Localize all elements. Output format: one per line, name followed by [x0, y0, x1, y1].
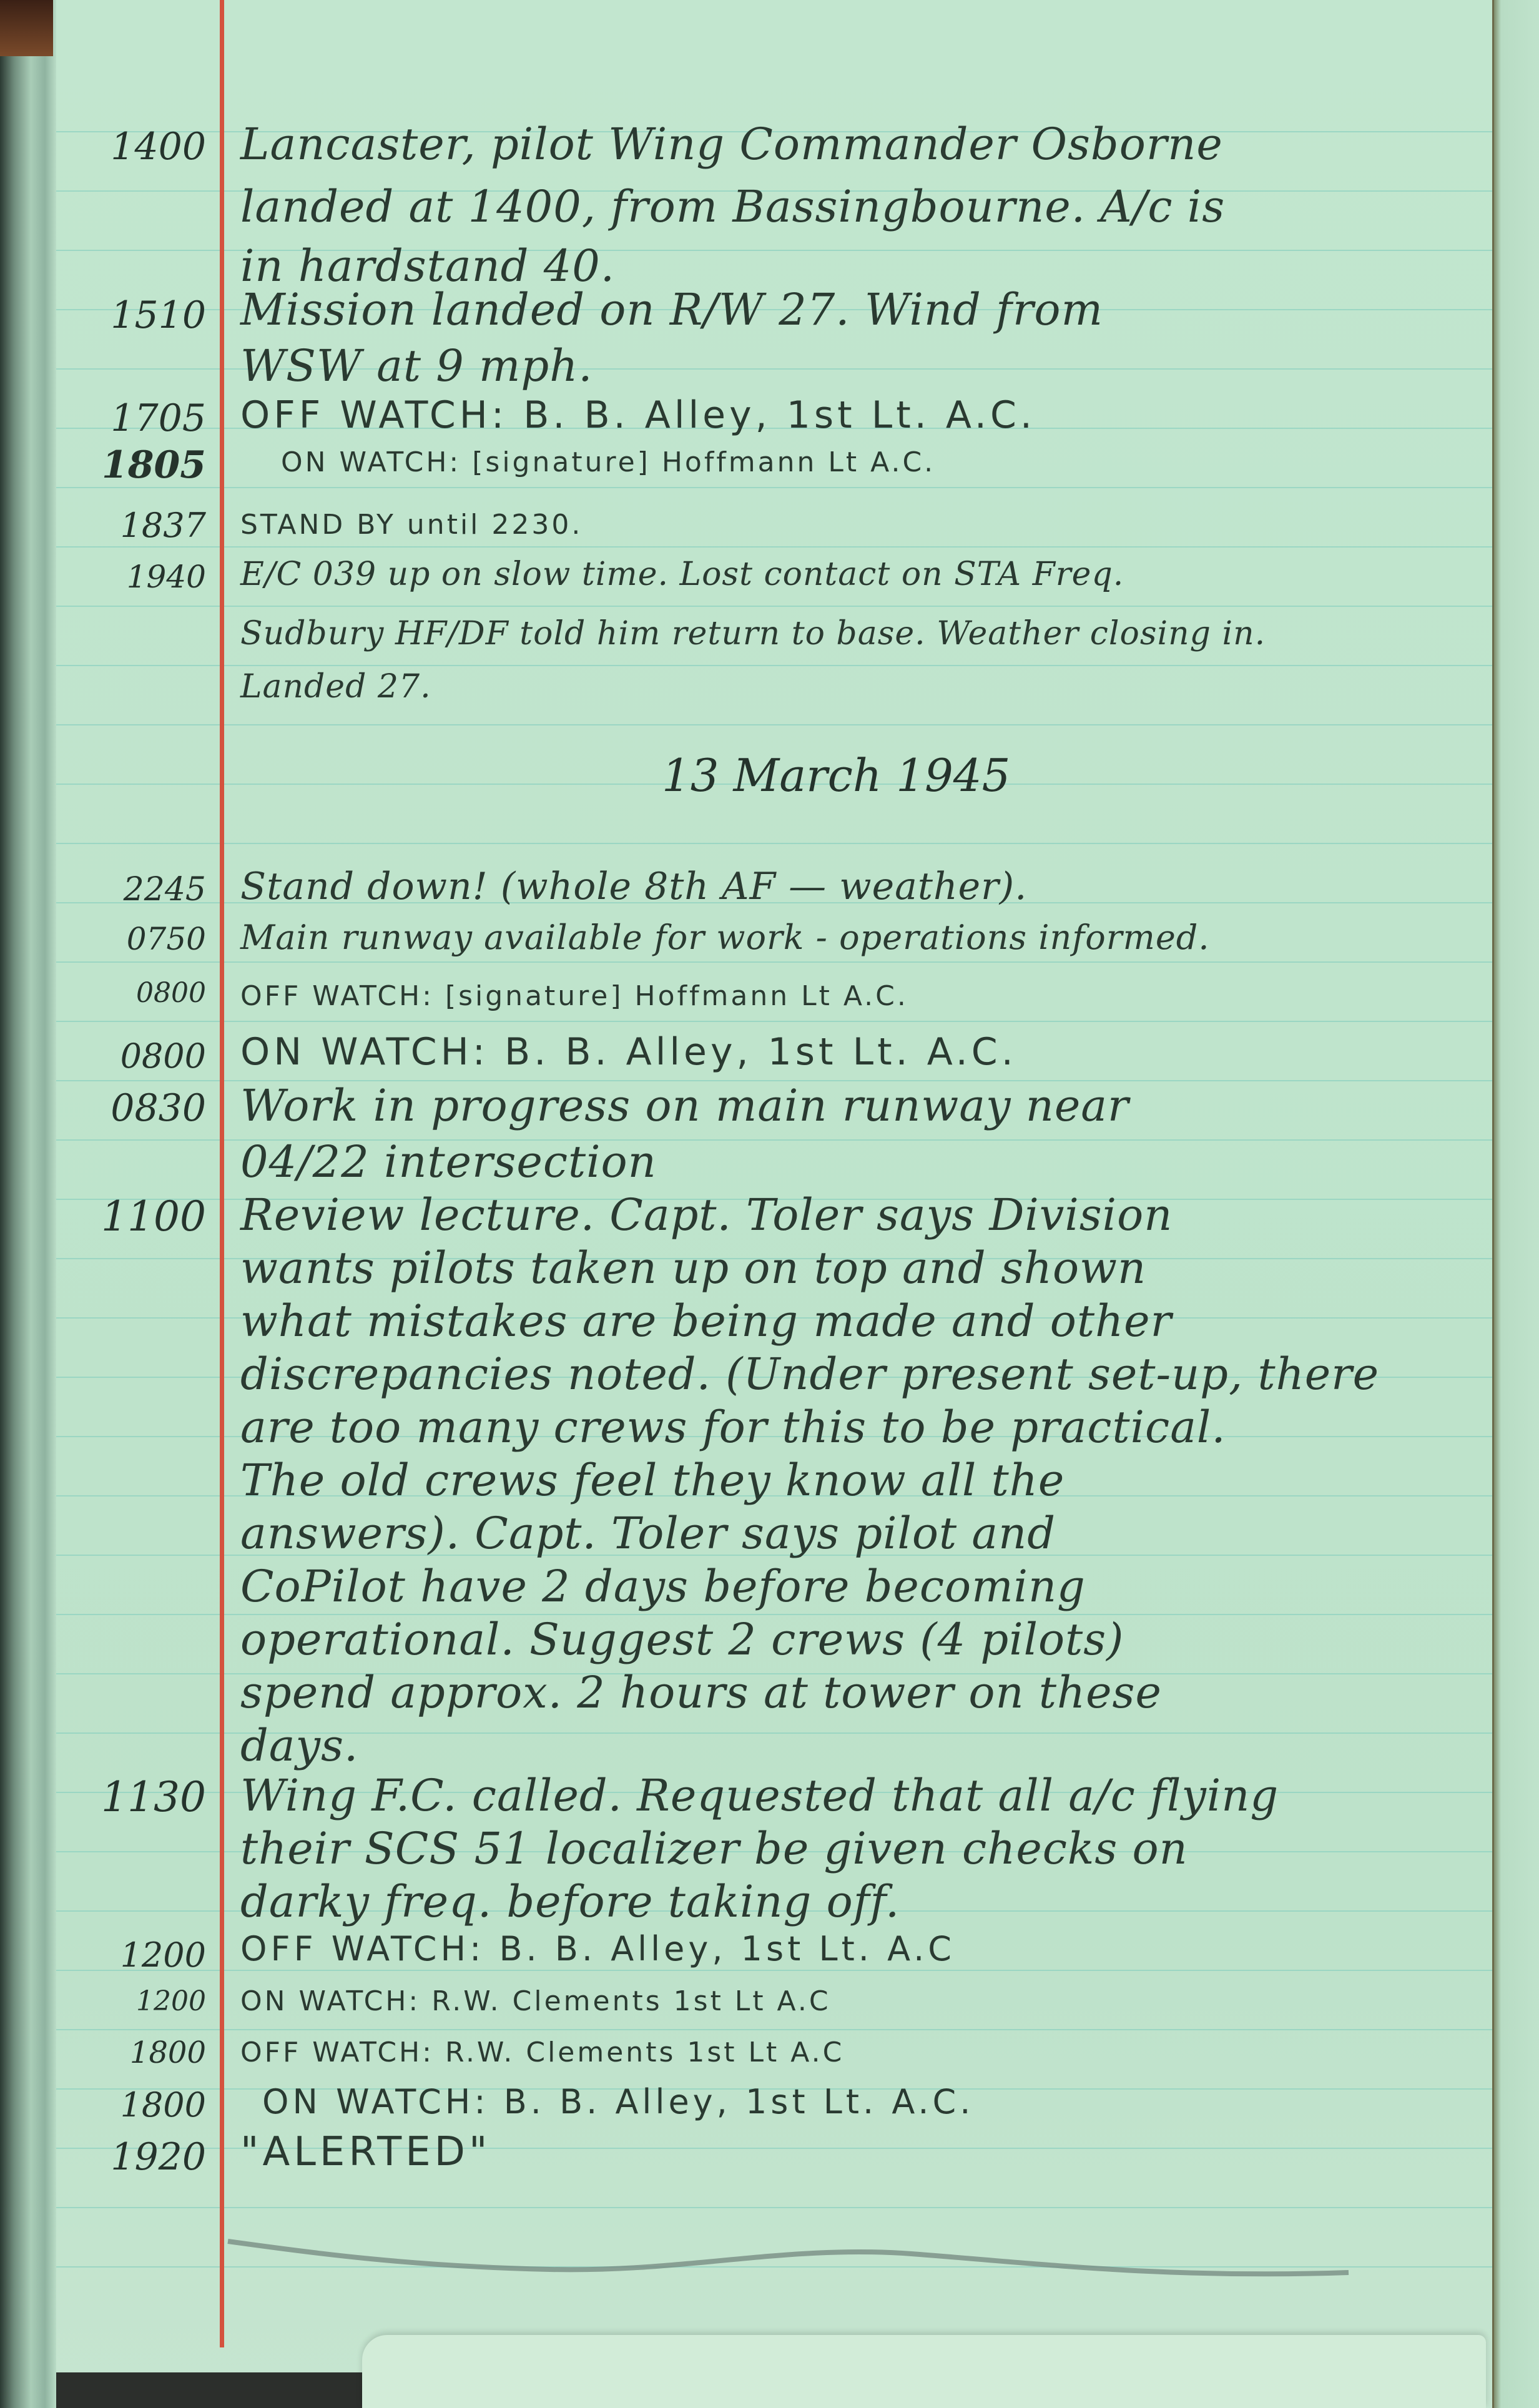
entry-time: 1837	[75, 506, 206, 545]
entry-text: WSW at 9 mph.	[240, 340, 1483, 391]
red-margin-line	[220, 0, 224, 2347]
entry-text: Wing F.C. called. Requested that all a/c…	[240, 1770, 1483, 1821]
paper-slip	[362, 2335, 1486, 2408]
entry-text: OFF WATCH: [signature] Hoffmann Lt A.C.	[240, 980, 1483, 1012]
entry-time: 2245	[75, 871, 206, 908]
entry-text: Landed 27.	[240, 668, 1483, 705]
entry-text: spend approx. 2 hours at tower on these	[240, 1667, 1483, 1718]
entry-text: Work in progress on main runway near	[240, 1080, 1483, 1131]
ruled-line	[56, 724, 1492, 725]
entry-text: Main runway available for work - operati…	[240, 918, 1483, 957]
ruled-line	[56, 843, 1492, 844]
entry-text: ON WATCH: R.W. Clements 1st Lt A.C	[240, 1985, 1483, 2017]
entry-time: 1200	[75, 1935, 206, 1975]
ruled-line	[56, 487, 1492, 488]
book-binding-edge	[0, 0, 56, 2408]
entry-text: are too many crews for this to be practi…	[240, 1402, 1483, 1453]
entry-time: 1200	[75, 1985, 206, 2017]
ruled-line	[56, 961, 1492, 963]
entry-text: darky freq. before taking off.	[240, 1876, 1483, 1927]
entry-time: 1800	[75, 2085, 206, 2125]
entry-time: 1400	[75, 125, 206, 169]
entry-text: wants pilots taken up on top and shown	[240, 1242, 1483, 1294]
entry-time: 0750	[75, 921, 206, 957]
entry-text: OFF WATCH: B. B. Alley, 1st Lt. A.C	[240, 1929, 1483, 1968]
entry-text: The old crews feel they know all the	[240, 1455, 1483, 1506]
entry-time: 1705	[75, 396, 206, 440]
entry-text: "ALERTED"	[240, 2129, 1483, 2175]
ruled-line	[56, 2207, 1492, 2208]
entry-time: 1130	[75, 1773, 206, 1821]
ruled-line	[56, 546, 1492, 548]
entry-text: ON WATCH: [signature] Hoffmann Lt A.C.	[281, 446, 1523, 478]
entry-text: ON WATCH: B. B. Alley, 1st Lt. A.C.	[262, 2082, 1505, 2121]
entry-text: Mission landed on R/W 27. Wind from	[240, 284, 1483, 335]
entry-text: answers). Capt. Toler says pilot and	[240, 1508, 1483, 1559]
entry-text: Review lecture. Capt. Toler says Divisio…	[240, 1189, 1483, 1241]
entry-text: days.	[240, 1720, 1483, 1771]
ruled-line	[56, 1021, 1492, 1022]
entry-text: E/C 039 up on slow time. Lost contact on…	[240, 556, 1483, 593]
entry-text: ON WATCH: B. B. Alley, 1st Lt. A.C.	[240, 1030, 1483, 1074]
ruled-line	[56, 1970, 1492, 1971]
entry-text: OFF WATCH: B. B. Alley, 1st Lt. A.C.	[240, 393, 1483, 437]
entry-text: operational. Suggest 2 crews (4 pilots)	[240, 1614, 1483, 1665]
entry-time: 1510	[75, 293, 206, 337]
ruled-line	[56, 2029, 1492, 2030]
entry-text: STAND BY until 2230.	[240, 509, 1483, 541]
entry-text: what mistakes are being made and other	[240, 1295, 1483, 1347]
ruled-line	[56, 665, 1492, 666]
ruled-line	[56, 606, 1492, 607]
end-of-entries-squiggle	[225, 2235, 1480, 2285]
entry-text: OFF WATCH: R.W. Clements 1st Lt A.C	[240, 2037, 1483, 2068]
entry-text: Sudbury HF/DF told him return to base. W…	[240, 615, 1483, 652]
entry-text: discrepancies noted. (Under present set-…	[240, 1349, 1483, 1400]
entry-text: landed at 1400, from Bassingbourne. A/c …	[240, 181, 1483, 232]
entry-time: 1800	[75, 2035, 206, 2070]
entry-time: 0830	[75, 1086, 206, 1130]
book-cover-corner	[0, 0, 53, 56]
entry-time: 0800	[75, 1036, 206, 1076]
entry-time: 1920	[75, 2135, 206, 2179]
next-page-edge	[1492, 0, 1539, 2408]
entry-text: CoPilot have 2 days before becoming	[240, 1561, 1483, 1612]
entry-text: their SCS 51 localizer be given checks o…	[240, 1823, 1483, 1874]
entry-time: 1940	[75, 559, 206, 595]
entry-text: Stand down! (whole 8th AF — weather).	[240, 865, 1483, 908]
entry-text: Lancaster, pilot Wing Commander Osborne	[240, 119, 1483, 170]
date-heading: 13 March 1945	[662, 749, 1010, 802]
entry-time: 1100	[75, 1192, 206, 1241]
entry-time: 0800	[75, 977, 206, 1009]
entry-text: 04/22 intersection	[240, 1136, 1483, 1187]
desk-shadow	[56, 2372, 368, 2408]
entry-time: 1805	[75, 443, 206, 487]
